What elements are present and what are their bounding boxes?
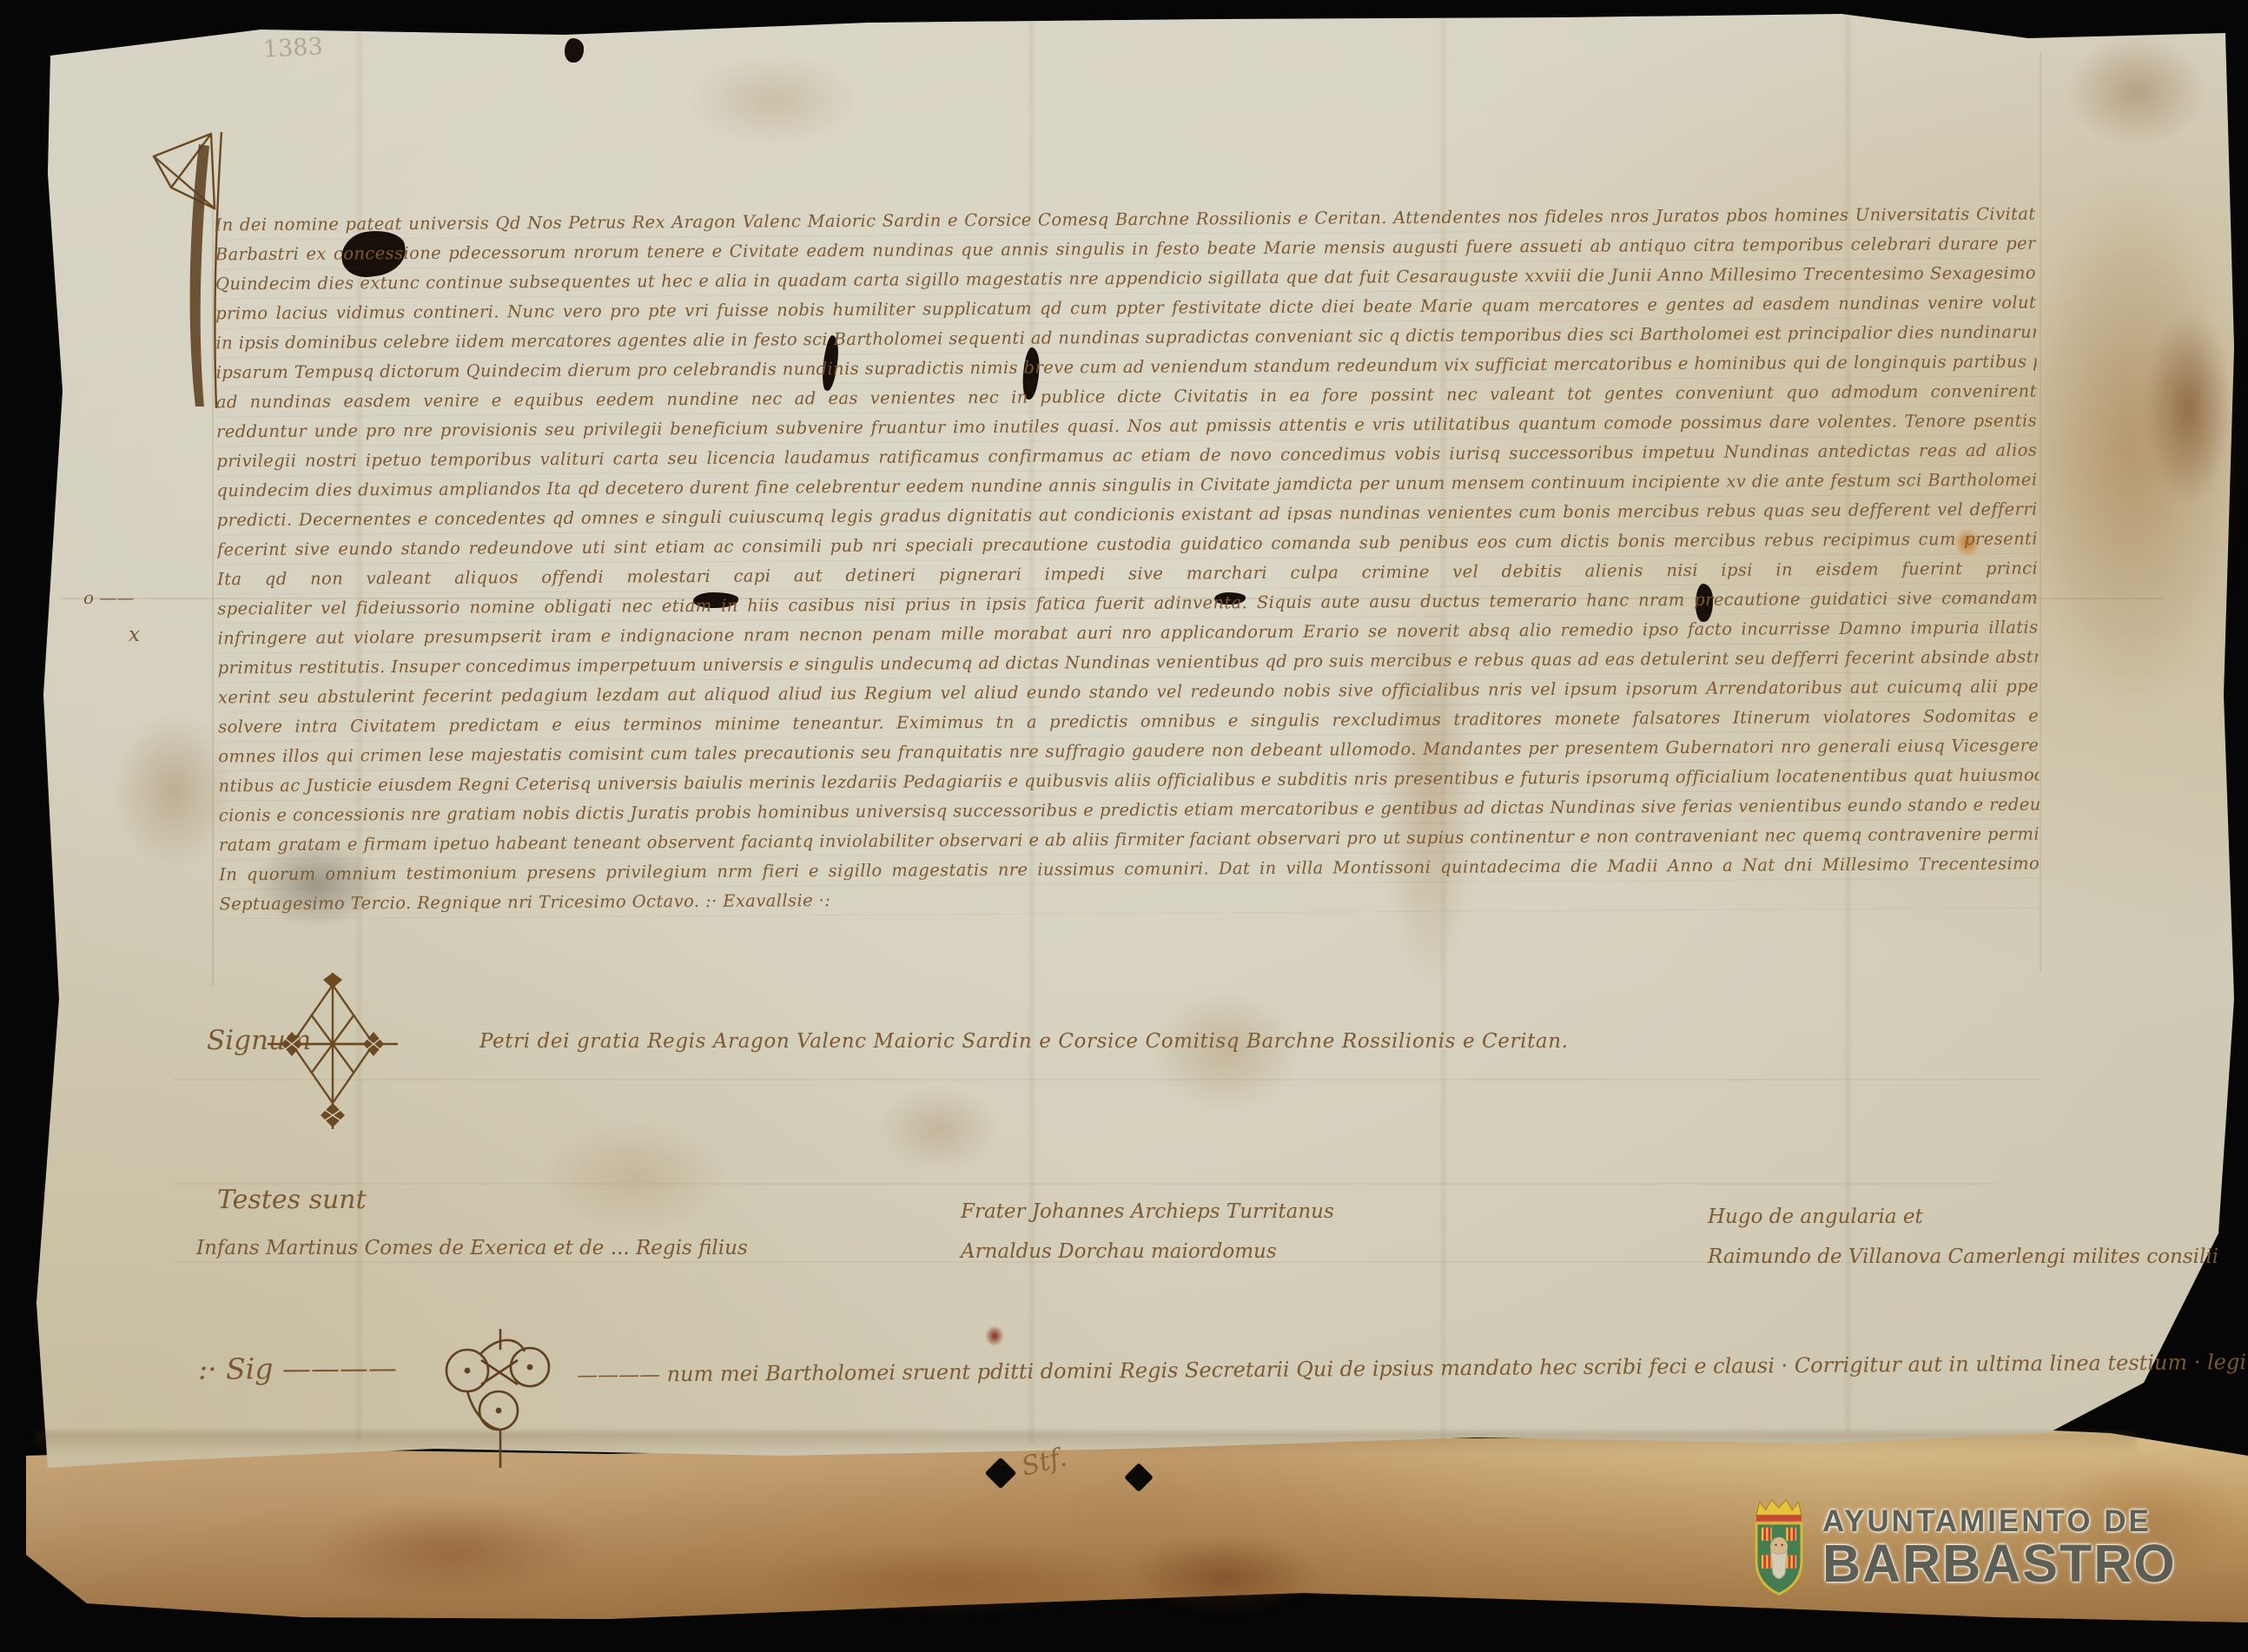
ruling-line	[174, 1183, 1998, 1185]
witness-name: Hugo de angularia et	[1708, 1206, 1923, 1228]
witness-heading: Testes sunt	[217, 1185, 367, 1215]
stain	[113, 712, 235, 869]
ayuntamiento-barbastro-logo: AYUNTAMIENTO DE BARBASTRO	[1748, 1496, 2177, 1598]
margin-mark: o ——	[83, 587, 134, 608]
witness-name: Infans Martinus Comes de Exerica et de .…	[196, 1237, 748, 1259]
charter-body-text: In dei nomine pateat universis Qd Nos Pe…	[215, 200, 2040, 920]
witness-name: Frater Johannes Archieps Turritanus	[961, 1200, 1334, 1223]
notary-knot-icon	[427, 1320, 575, 1477]
stain	[2067, 35, 2206, 148]
witness-name: Arnaldus Dorchau maiordomus	[961, 1240, 1277, 1263]
margin-mark: x	[129, 624, 140, 646]
stain	[2146, 313, 2232, 504]
stain	[877, 1086, 999, 1173]
ruling-line	[174, 1079, 2041, 1080]
notary-sig-prefix: :· Sig ————	[198, 1351, 397, 1386]
photograph-of-parchment-charter: 1383 o —— x In dei nomine pateat univers…	[0, 0, 2248, 1652]
red-wax-spot	[985, 1325, 1004, 1346]
signum-titulature: Petri dei gratia Regis Aragon Valenc Mai…	[479, 1030, 1331, 1053]
barbastro-coat-of-arms-icon	[1748, 1496, 1810, 1598]
stain	[686, 52, 860, 148]
witness-name: Raimundo de Villanova Camerlengi milites…	[1708, 1246, 2218, 1268]
archival-year-pencil: 1383	[262, 33, 323, 63]
stain	[539, 1120, 730, 1233]
stain-on-fold	[1129, 1537, 1320, 1616]
stain-on-fold	[313, 1503, 591, 1598]
fold-crease-shadow	[35, 1431, 2137, 1454]
royal-signum-icon	[268, 971, 398, 1132]
logo-text-line2: BARBASTRO	[1822, 1538, 2177, 1589]
stain-on-fold	[764, 1546, 1129, 1616]
